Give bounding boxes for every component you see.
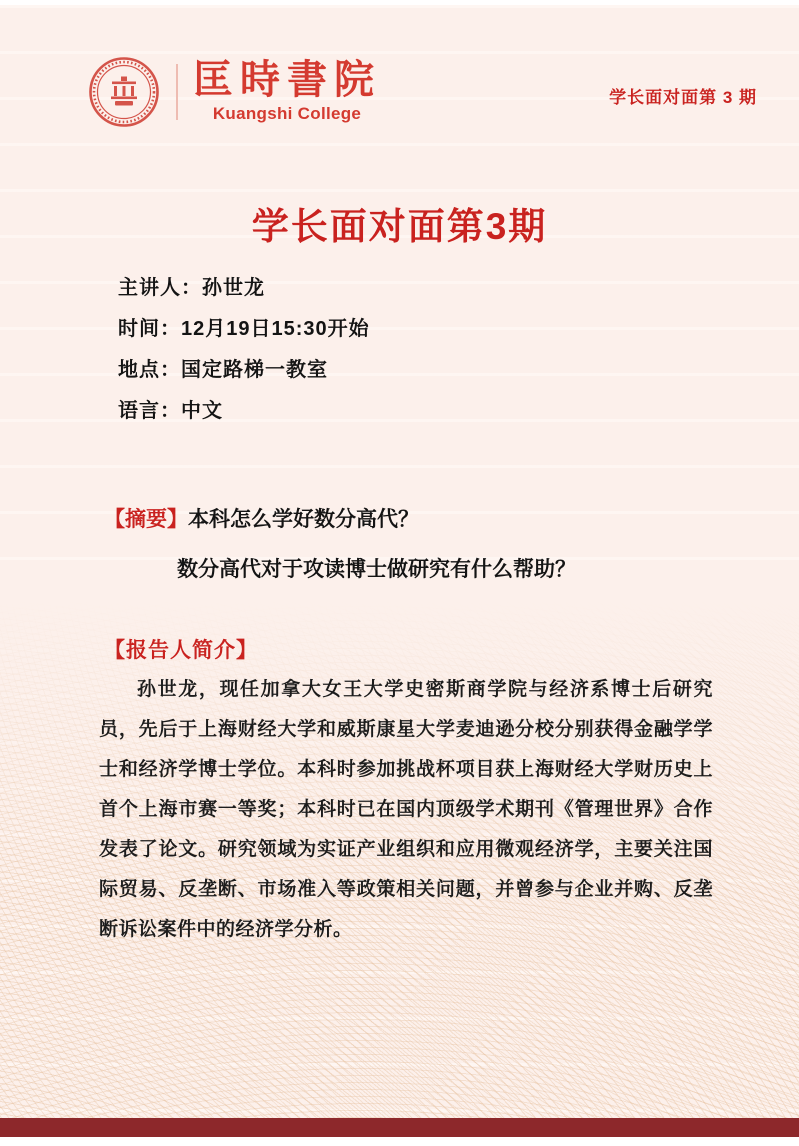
speaker-bio: 孙世龙，现任加拿大女王大学史密斯商学院与经济系博士后研究员，先后于上海财经大学和… — [99, 670, 713, 950]
brand-en-name: Kuangshi College — [213, 104, 361, 124]
brand-cn-name: 匡時書院 — [193, 60, 381, 100]
footer-bar — [0, 1118, 799, 1137]
abstract-line-1: 【摘要】本科怎么学好数分高代？ — [104, 506, 724, 533]
university-seal-icon — [88, 56, 160, 128]
info-line-location: 地点：国定路梯一教室 — [118, 360, 370, 381]
abstract-text-1: 本科怎么学好数分高代？ — [188, 508, 419, 531]
brand-text: 匡時書院 Kuangshi College — [193, 60, 381, 124]
info-line-language: 语言：中文 — [118, 401, 370, 422]
brand-divider — [176, 64, 178, 120]
info-line-time: 时间：12月19日15:30开始 — [118, 319, 370, 340]
event-info-list: 主讲人：孙世龙 时间：12月19日15:30开始 地点：国定路梯一教室 语言：中… — [118, 278, 370, 442]
abstract-section: 【摘要】本科怎么学好数分高代？ 数分高代对于攻读博士做研究有什么帮助？ — [104, 506, 724, 583]
page-title: 学长面对面第3期 — [0, 196, 799, 250]
abstract-label: 【摘要】 — [104, 508, 188, 531]
info-line-speaker: 主讲人：孙世龙 — [118, 278, 370, 299]
speaker-intro-heading: 【报告人简介】 — [104, 634, 258, 664]
brand-logo: 匡時書院 Kuangshi College — [88, 56, 381, 128]
abstract-line-2: 数分高代对于攻读博士做研究有什么帮助？ — [104, 556, 724, 583]
issue-tag: 学长面对面第 3 期 — [609, 83, 757, 108]
